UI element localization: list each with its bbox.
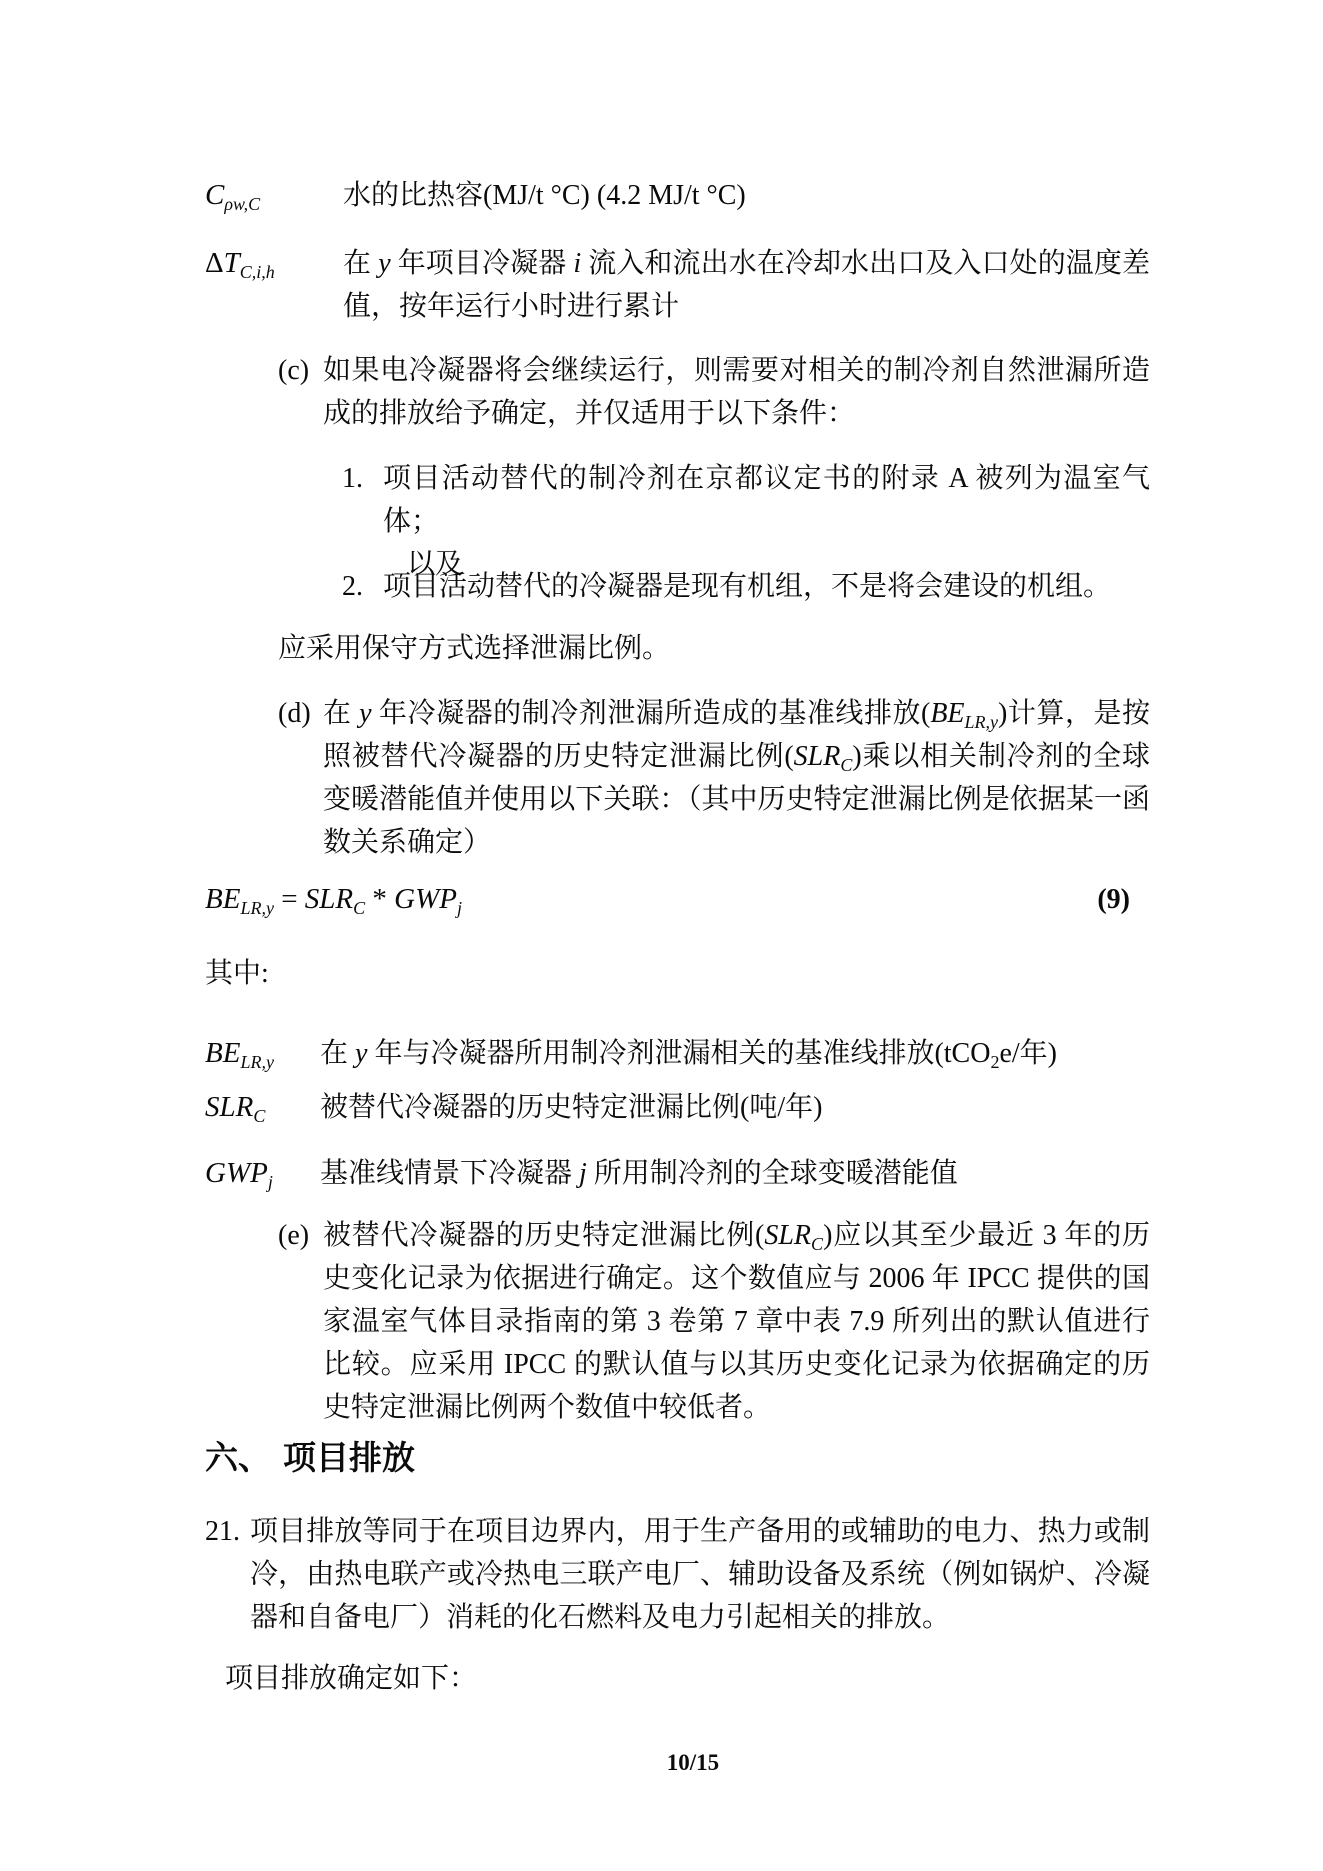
- symbol-definition-row: BELR,y 在 y 年与冷凝器所用制冷剂泄漏相关的基准线排放(tCO2e/年): [205, 1032, 1150, 1075]
- symbol-description: 在 y 年与冷凝器所用制冷剂泄漏相关的基准线排放(tCO2e/年): [320, 1032, 1150, 1075]
- paragraph-21: 21. 项目排放等同于在项目边界内，用于生产备用的或辅助的电力、热力或制冷，由热…: [205, 1510, 1150, 1639]
- symbol-description: 在 y 年项目冷凝器 i 流入和流出水在冷却水出口及入口处的温度差值，按年运行小…: [343, 242, 1150, 328]
- list-item-main: 项目活动替代的制冷剂在京都议定书的附录 A 被列为温室气体；: [383, 457, 1150, 543]
- section-title: 项目排放: [283, 1437, 415, 1481]
- paragraph-text: 项目排放等同于在项目边界内，用于生产备用的或辅助的电力、热力或制冷，由热电联产或…: [250, 1510, 1150, 1639]
- symbol-description: 水的比热容(MJ/t °C) (4.2 MJ/t °C): [343, 174, 1150, 217]
- paragraph-marker: (d): [278, 692, 323, 864]
- paragraph-text: 在 y 年冷凝器的制冷剂泄漏所造成的基准线排放(BELR,y)计算，是按照被替代…: [323, 692, 1150, 864]
- paragraph-e: (e) 被替代冷凝器的历史特定泄漏比例(SLRC)应以其至少最近 3 年的历史变…: [278, 1214, 1150, 1429]
- symbol-label: SLRC: [205, 1086, 320, 1129]
- symbol-label: GWPj: [205, 1152, 320, 1195]
- paragraph-text: 被替代冷凝器的历史特定泄漏比例(SLRC)应以其至少最近 3 年的历史变化记录为…: [323, 1214, 1150, 1429]
- equation-9: BELR,y = SLRC * GWPj (9): [205, 878, 1130, 921]
- equation-formula: BELR,y = SLRC * GWPj: [205, 878, 462, 921]
- paragraph-marker: (c): [278, 349, 323, 435]
- where-label: 其中:: [205, 952, 1150, 995]
- list-marker: 2.: [342, 565, 383, 608]
- symbol-definition-row: GWPj 基准线情景下冷凝器 j 所用制冷剂的全球变暖潜能值: [205, 1152, 1150, 1195]
- section-number: 六、: [205, 1437, 283, 1481]
- paragraph-c: (c) 如果电冷凝器将会继续运行，则需要对相关的制冷剂自然泄漏所造成的排放给予确…: [278, 349, 1150, 435]
- section-heading: 六、 项目排放: [205, 1437, 1150, 1481]
- document-page: Cρw,C 水的比热容(MJ/t °C) (4.2 MJ/t °C) ΔTC,i…: [0, 0, 1323, 1871]
- paragraph-marker: (e): [278, 1214, 323, 1429]
- symbol-definition-row: Cρw,C 水的比热容(MJ/t °C) (4.2 MJ/t °C): [205, 174, 1150, 217]
- symbol-definition-row: ΔTC,i,h 在 y 年项目冷凝器 i 流入和流出水在冷却水出口及入口处的温度…: [205, 242, 1150, 328]
- symbol-label: ΔTC,i,h: [205, 242, 343, 328]
- equation-number: (9): [1097, 878, 1130, 921]
- symbol-definition-row: SLRC 被替代冷凝器的历史特定泄漏比例(吨/年): [205, 1086, 1150, 1129]
- symbol-label: BELR,y: [205, 1032, 320, 1075]
- list-item-text: 项目活动替代的冷凝器是现有机组，不是将会建设的机组。: [383, 565, 1150, 608]
- symbol-label: Cρw,C: [205, 174, 343, 217]
- closing-line: 项目排放确定如下：: [225, 1657, 1150, 1700]
- paragraph-marker: 21.: [205, 1510, 250, 1639]
- paragraph-text: 如果电冷凝器将会继续运行，则需要对相关的制冷剂自然泄漏所造成的排放给予确定，并仅…: [323, 349, 1150, 435]
- symbol-description: 基准线情景下冷凝器 j 所用制冷剂的全球变暖潜能值: [320, 1152, 1150, 1195]
- condition-item-2: 2. 项目活动替代的冷凝器是现有机组，不是将会建设的机组。: [342, 565, 1150, 608]
- page-number: 10/15: [205, 1748, 1181, 1778]
- paragraph-d: (d) 在 y 年冷凝器的制冷剂泄漏所造成的基准线排放(BELR,y)计算，是按…: [278, 692, 1150, 864]
- symbol-description: 被替代冷凝器的历史特定泄漏比例(吨/年): [320, 1086, 1150, 1129]
- leak-ratio-note: 应采用保守方式选择泄漏比例。: [278, 627, 1150, 670]
